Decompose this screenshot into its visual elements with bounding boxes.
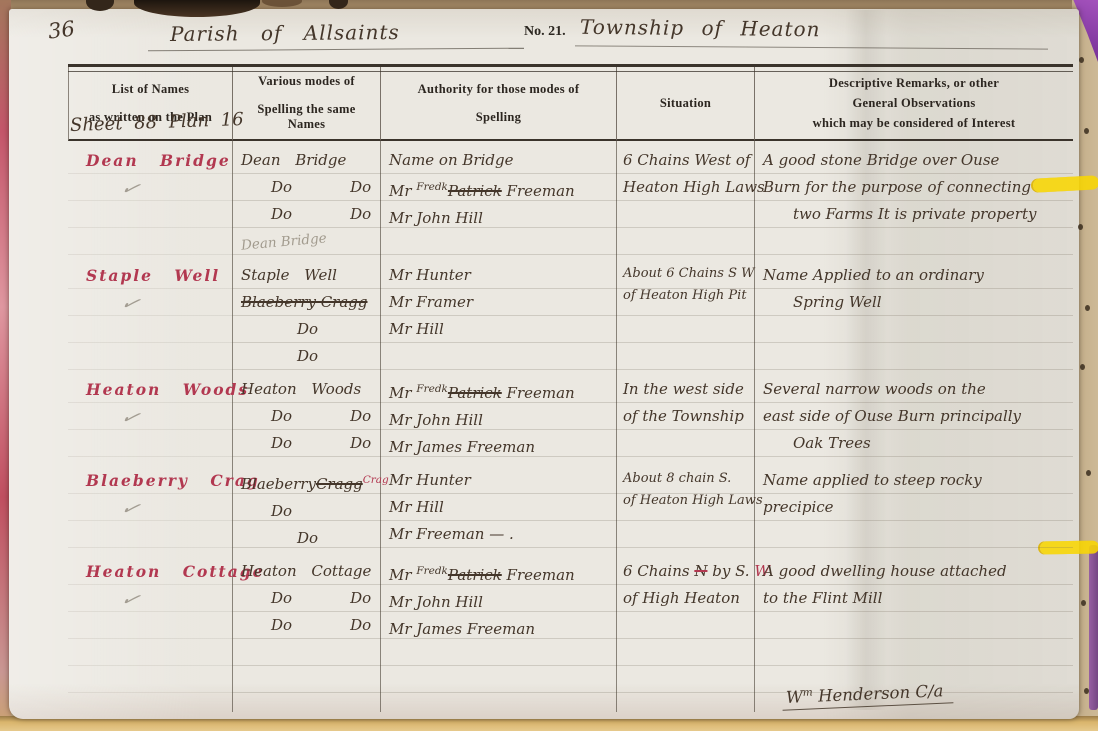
text-segment: Freeman bbox=[502, 182, 575, 200]
binder-speck bbox=[1084, 128, 1089, 134]
text-segment: Mr Hunter bbox=[389, 266, 471, 284]
text-segment: Do bbox=[350, 589, 371, 607]
cell-list-of-names: Heaton Woods✓ bbox=[68, 370, 233, 461]
text-segment: Freeman bbox=[502, 384, 575, 402]
purple-binding-strip bbox=[1089, 545, 1098, 710]
handwritten-line: DoDo bbox=[241, 430, 374, 457]
page-number: 36 bbox=[47, 16, 76, 43]
handwritten-line: A good dwelling house attached bbox=[763, 558, 1067, 585]
text-segment: Blaeberry bbox=[241, 475, 316, 493]
text-segment: Do bbox=[271, 589, 292, 607]
text-segment: of High Heaton bbox=[623, 589, 740, 607]
cell-remarks: Name Applied to an ordinarySpring Well bbox=[755, 256, 1073, 370]
cell-situation: About 6 Chains S Wof Heaton High Pit bbox=[617, 256, 755, 370]
handwritten-line: Do bbox=[241, 316, 374, 343]
header-line: List of Names bbox=[112, 82, 190, 97]
text-segment: by S. bbox=[707, 562, 754, 580]
text-segment: In the west side bbox=[623, 380, 744, 398]
text-segment: Do bbox=[297, 320, 318, 338]
text-segment: of the Township bbox=[623, 407, 744, 425]
text-segment: Blaeberry Cragg bbox=[241, 293, 368, 311]
text-segment: Heaton Cottage bbox=[241, 562, 371, 580]
text-segment: N bbox=[694, 562, 707, 580]
header-line: Authority for those modes of bbox=[418, 82, 580, 97]
text-segment: Mr John Hill bbox=[389, 593, 483, 611]
pencil-check-mark: ✓ bbox=[116, 494, 145, 522]
binder-speck bbox=[1078, 224, 1083, 230]
text-segment: About 8 chain S. bbox=[623, 471, 731, 486]
table-body: Dean Bridge✓Dean BridgeDoDoDoDoDean Brid… bbox=[68, 141, 1073, 712]
text-segment: Cragg bbox=[316, 475, 363, 493]
handwritten-line: Several narrow woods on the bbox=[763, 376, 1067, 403]
handwritten-line: DoDo bbox=[241, 174, 374, 201]
column-header-situation: Situation bbox=[617, 67, 755, 141]
text-segment: Patrick bbox=[448, 566, 502, 584]
handwritten-line: of the Township bbox=[623, 403, 748, 430]
pencil-check-mark: ✓ bbox=[116, 403, 145, 431]
table-row: Dean Bridge✓Dean BridgeDoDoDoDoDean Brid… bbox=[68, 141, 1073, 256]
handwritten-line: ✓ bbox=[86, 175, 226, 204]
cell-remarks: A good stone Bridge over OuseBurn for th… bbox=[755, 141, 1073, 256]
handwritten-line: Mr John Hill bbox=[389, 589, 610, 616]
handwritten-line: Dean Bridge bbox=[241, 228, 374, 256]
handwritten-line: DoDo bbox=[241, 585, 374, 612]
cell-authority: Mr HunterMr FramerMr Hill bbox=[381, 256, 617, 370]
handwritten-line: Mr John Hill bbox=[389, 407, 610, 434]
handwritten-line: About 8 chain S. bbox=[623, 467, 748, 489]
text-segment: Several narrow woods on the bbox=[763, 380, 986, 398]
text-segment: Do bbox=[297, 347, 318, 365]
handwritten-line: Mr Hunter bbox=[389, 467, 610, 494]
handwritten-line: Dean Bridge bbox=[86, 147, 226, 175]
text-segment: Fredk bbox=[416, 181, 448, 193]
handwritten-line: Mr Hill bbox=[389, 494, 610, 521]
binder-speck bbox=[1080, 364, 1085, 370]
text-segment: Spring Well bbox=[793, 293, 882, 311]
text-segment: Mr James Freeman bbox=[389, 620, 535, 638]
header-line: Various modes of bbox=[258, 74, 355, 89]
text-segment: Mr John Hill bbox=[389, 411, 483, 429]
text-segment: 6 Chains bbox=[623, 562, 694, 580]
handwritten-line: east side of Ouse Burn principally bbox=[763, 403, 1067, 430]
text-segment: east side of Ouse Burn principally bbox=[763, 407, 1021, 425]
text-segment: Name Applied to an ordinary bbox=[763, 266, 984, 284]
column-header-remarks: Descriptive Remarks, or other General Ob… bbox=[755, 67, 1073, 141]
table-row: Staple Well✓Staple WellBlaeberry CraggDo… bbox=[68, 256, 1073, 370]
handwritten-line: of High Heaton bbox=[623, 585, 748, 612]
handwritten-line: Mr James Freeman bbox=[389, 434, 610, 461]
scanned-document-page: 36 Parish of Allsaints No. 21. Township … bbox=[0, 0, 1098, 731]
handwritten-line: DoDo bbox=[241, 403, 374, 430]
text-segment: W bbox=[786, 687, 804, 707]
text-segment: Staple Well bbox=[86, 266, 220, 285]
column-header-spelling-modes: Various modes of Spelling the same Names bbox=[233, 67, 381, 141]
handwritten-line: Dean Bridge bbox=[241, 147, 374, 174]
pencil-check-mark: ✓ bbox=[116, 289, 145, 317]
handwritten-line: ✓ bbox=[86, 290, 226, 319]
text-segment: Do bbox=[350, 407, 371, 425]
text-segment: Mr bbox=[389, 384, 416, 402]
text-segment: Do bbox=[271, 205, 292, 223]
handwritten-line: of Heaton High Pit bbox=[623, 284, 748, 306]
handwritten-line: Blaeberry Crag bbox=[86, 467, 226, 495]
handwritten-line: ✓ bbox=[86, 495, 226, 524]
handwritten-line: In the west side bbox=[623, 376, 748, 403]
header-line: which may be considered of Interest bbox=[813, 116, 1016, 131]
text-segment: Fredk bbox=[416, 383, 448, 395]
pencil-check-mark: ✓ bbox=[116, 174, 145, 202]
handwritten-line: Do bbox=[241, 525, 374, 552]
cell-situation: About 8 chain S.of Heaton High Laws bbox=[617, 461, 755, 552]
handwritten-line: About 6 Chains S W bbox=[623, 262, 748, 284]
handwritten-line: Heaton High Laws bbox=[623, 174, 748, 201]
handwritten-line: two Farms It is private property bbox=[763, 201, 1067, 228]
cell-authority: Mr FredkPatrick FreemanMr John HillMr Ja… bbox=[381, 370, 617, 461]
binder-speck bbox=[1081, 600, 1086, 606]
header-line: Spelling the same Names bbox=[237, 102, 376, 132]
cell-spelling: Heaton WoodsDoDoDoDo bbox=[233, 370, 381, 461]
handwritten-line: Mr FredkPatrick Freeman bbox=[389, 376, 610, 407]
cell-situation: 6 Chains West ofHeaton High Laws bbox=[617, 141, 755, 256]
header-line: Descriptive Remarks, or other bbox=[829, 76, 999, 91]
text-segment: Heaton Woods bbox=[86, 380, 249, 399]
cell-authority: Mr HunterMr HillMr Freeman — . bbox=[381, 461, 617, 552]
text-segment: Mr John Hill bbox=[389, 209, 483, 227]
text-segment: of Heaton High Pit bbox=[623, 288, 747, 303]
handwritten-line: Name applied to steep rocky bbox=[763, 467, 1067, 494]
cell-authority: Name on BridgeMr FredkPatrick FreemanMr … bbox=[381, 141, 617, 256]
handwritten-line: of Heaton High Laws bbox=[623, 489, 748, 511]
text-segment: Mr Framer bbox=[389, 293, 473, 311]
text-segment: precipice bbox=[763, 498, 834, 516]
handwritten-line: Heaton Woods bbox=[86, 376, 226, 404]
handwritten-line: Do bbox=[241, 343, 374, 370]
text-segment: of Heaton High Laws bbox=[623, 493, 763, 508]
name-book-table: List of Names as written on the Plan Var… bbox=[68, 64, 1073, 712]
text-segment: Name on Bridge bbox=[389, 151, 513, 169]
handwritten-line: Mr John Hill bbox=[389, 205, 610, 232]
binder-speck bbox=[1084, 688, 1089, 694]
pencil-check-mark: ✓ bbox=[116, 585, 145, 613]
handwritten-line: Heaton Woods bbox=[241, 376, 374, 403]
text-segment: to the Flint Mill bbox=[763, 589, 882, 607]
column-header-authority: Authority for those modes of Spelling bbox=[381, 67, 617, 141]
sheet-no-label: No. 21. bbox=[524, 24, 566, 40]
header-line: Situation bbox=[660, 96, 711, 111]
cell-list-of-names: Blaeberry Crag✓ bbox=[68, 461, 233, 552]
handwritten-line: Name Applied to an ordinary bbox=[763, 262, 1067, 289]
handwritten-line: Blaeberry Cragg bbox=[241, 289, 374, 316]
text-segment: 6 Chains West of bbox=[623, 151, 750, 169]
handwritten-line: ✓ bbox=[86, 404, 226, 433]
cell-spelling: Heaton CottageDoDoDoDo bbox=[233, 552, 381, 712]
handwritten-line: 6 Chains West of bbox=[623, 147, 748, 174]
township-title: Township of Heaton bbox=[580, 15, 821, 42]
cell-remarks: Name applied to steep rockyprecipice bbox=[755, 461, 1073, 552]
handwritten-line: Do bbox=[241, 498, 374, 525]
handwritten-line: Name on Bridge bbox=[389, 147, 610, 174]
cell-authority: Mr FredkPatrick FreemanMr John HillMr Ja… bbox=[381, 552, 617, 712]
text-segment: Name applied to steep rocky bbox=[763, 471, 982, 489]
table-row: Heaton Woods✓Heaton WoodsDoDoDoDoMr Fred… bbox=[68, 370, 1073, 461]
text-segment: Do bbox=[350, 434, 371, 452]
handwritten-line: Burn for the purpose of connecting bbox=[763, 174, 1067, 201]
handwritten-line: Heaton Cottage bbox=[86, 558, 226, 586]
text-segment: Fredk bbox=[416, 565, 448, 577]
text-segment: Dean Bridge bbox=[240, 225, 328, 259]
cell-spelling: Staple WellBlaeberry CraggDoDo bbox=[233, 256, 381, 370]
text-segment: A good dwelling house attached bbox=[763, 562, 1007, 580]
text-segment: Henderson C/a bbox=[813, 681, 944, 706]
text-segment: Freeman bbox=[502, 566, 575, 584]
handwritten-line: DoDo bbox=[241, 612, 374, 639]
handwritten-line: Mr FredkPatrick Freeman bbox=[389, 558, 610, 589]
text-segment: Mr bbox=[389, 566, 416, 584]
text-segment: Mr Freeman — . bbox=[389, 525, 514, 543]
text-segment: Do bbox=[271, 502, 292, 520]
handwritten-line: Heaton Cottage bbox=[241, 558, 374, 585]
text-segment: Dean Bridge bbox=[241, 151, 346, 169]
header-line: General Observations bbox=[852, 96, 975, 111]
handwritten-line: Mr Hill bbox=[389, 316, 610, 343]
text-segment: Mr bbox=[389, 182, 416, 200]
handwritten-line: to the Flint Mill bbox=[763, 585, 1067, 612]
cell-list-of-names: Dean Bridge✓ bbox=[68, 141, 233, 256]
handwritten-line: Mr FredkPatrick Freeman bbox=[389, 174, 610, 205]
handwritten-line: Spring Well bbox=[763, 289, 1067, 316]
text-segment: Mr Hill bbox=[389, 320, 444, 338]
handwritten-line: 6 Chains N by S. W bbox=[623, 558, 748, 585]
text-segment: Patrick bbox=[448, 182, 502, 200]
table-row: Blaeberry Crag✓BlaeberryCraggCragDoDoMr … bbox=[68, 461, 1073, 552]
text-segment: Do bbox=[271, 434, 292, 452]
text-segment: two Farms It is private property bbox=[793, 205, 1036, 223]
text-segment: Do bbox=[297, 529, 318, 547]
text-segment: About 6 Chains S W bbox=[623, 266, 754, 281]
text-segment: Do bbox=[350, 178, 371, 196]
handwritten-line: ✓ bbox=[86, 586, 226, 615]
text-segment: Mr James Freeman bbox=[389, 438, 535, 456]
text-segment: Do bbox=[271, 616, 292, 634]
handwritten-line: Mr Freeman — . bbox=[389, 521, 610, 548]
text-segment: Do bbox=[271, 178, 292, 196]
binder-speck bbox=[1086, 470, 1091, 476]
cell-list-of-names: Heaton Cottage✓ bbox=[68, 552, 233, 712]
cell-spelling: BlaeberryCraggCragDoDo bbox=[233, 461, 381, 552]
text-segment: Mr Hunter bbox=[389, 471, 471, 489]
handwritten-line: Staple Well bbox=[86, 262, 226, 290]
text-segment: A good stone Bridge over Ouse bbox=[763, 151, 999, 169]
text-segment: Heaton High Laws bbox=[623, 178, 765, 196]
text-segment: Patrick bbox=[448, 384, 502, 402]
handwritten-line: Mr Hunter bbox=[389, 262, 610, 289]
text-segment: Do bbox=[271, 407, 292, 425]
text-segment: m bbox=[803, 686, 813, 698]
binder-speck bbox=[1085, 305, 1090, 311]
text-segment: Oak Trees bbox=[793, 434, 871, 452]
handwritten-line: Oak Trees bbox=[763, 430, 1067, 457]
handwritten-line: Mr James Freeman bbox=[389, 616, 610, 643]
parish-title: Parish of Allsaints bbox=[170, 20, 400, 46]
handwritten-line: BlaeberryCraggCrag bbox=[241, 467, 374, 498]
text-segment: Dean Bridge bbox=[86, 151, 231, 170]
handwritten-line: Mr Framer bbox=[389, 289, 610, 316]
handwritten-line: Staple Well bbox=[241, 262, 374, 289]
text-segment: Do bbox=[350, 616, 371, 634]
text-segment: Do bbox=[350, 205, 371, 223]
text-segment: Staple Well bbox=[241, 266, 337, 284]
text-segment: Heaton Woods bbox=[241, 380, 361, 398]
text-segment: Burn for the purpose of connecting bbox=[763, 178, 1031, 196]
cell-situation: 6 Chains N by S. Wof High Heaton bbox=[617, 552, 755, 712]
binder-speck bbox=[1079, 57, 1084, 63]
header-line: Spelling bbox=[476, 110, 521, 125]
text-segment: Mr Hill bbox=[389, 498, 444, 516]
cell-spelling: Dean BridgeDoDoDoDoDean Bridge bbox=[233, 141, 381, 256]
cell-list-of-names: Staple Well✓ bbox=[68, 256, 233, 370]
cell-remarks: Several narrow woods on theeast side of … bbox=[755, 370, 1073, 461]
handwritten-line: A good stone Bridge over Ouse bbox=[763, 147, 1067, 174]
handwritten-line: DoDo bbox=[241, 201, 374, 228]
handwritten-line: precipice bbox=[763, 494, 1067, 521]
cell-situation: In the west sideof the Township bbox=[617, 370, 755, 461]
